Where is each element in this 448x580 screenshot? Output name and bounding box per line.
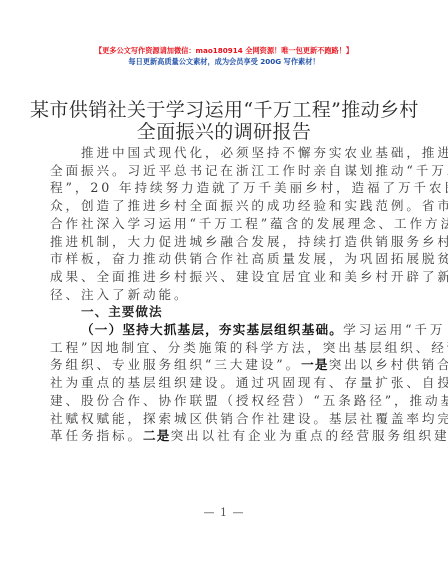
point-label: 二是 bbox=[143, 428, 171, 443]
promo-banner-line2: 每日更新高质量公文素材，成为会员享受 200G 写作素材！ bbox=[0, 57, 448, 67]
paragraph-text: 突出以乡村供销合作 bbox=[329, 357, 448, 372]
paragraph-line: 成果、全面推进乡村振兴、建设宜居宜业和美乡村开辟了新路 bbox=[50, 268, 448, 286]
paragraph-line: 程”，20 年持续努力造就了万千美丽乡村，造福了万千农民群 bbox=[50, 179, 448, 197]
paragraph-line: 合作社深入学习运用“千万工程”蕴含的发展理念、工作方法和 bbox=[50, 215, 448, 233]
paragraph-line: 推进机制，大力促进城乡融合发展，持续打造供销服务乡村振兴 bbox=[50, 233, 448, 251]
paragraph-text: 务组织、专业服务组织“三大建设”。 bbox=[50, 357, 301, 372]
section-heading: 一、主要做法 bbox=[50, 303, 163, 321]
subsection-heading: （一）坚持大抓基层，夯实基层组织基础。 bbox=[81, 322, 343, 337]
paragraph-line: 务组织、专业服务组织“三大建设”。一是突出以乡村供销合作 bbox=[50, 356, 448, 374]
paragraph-line: 社赋权赋能，探索城区供销合作社建设。基层社覆盖率均完成改 bbox=[50, 410, 448, 428]
promo-banner-line1: 【更多公文写作资源请加微信：mao180914 全网资源！唯一包更新不跑路！】 bbox=[0, 46, 448, 56]
paragraph-text: 革任务指标。 bbox=[50, 428, 143, 443]
paragraph-line: 全面振兴。习近平总书记在浙江工作时亲自谋划推动“千万工 bbox=[50, 162, 448, 180]
document-title-line1: 某市供销社关于学习运用“千万工程”推动乡村 bbox=[30, 99, 418, 121]
subsection-text: 学习运用“千万 bbox=[343, 322, 445, 337]
paragraph-line: 径、注入了新动能。 bbox=[50, 286, 189, 304]
paragraph-line: 革任务指标。二是突出以社有企业为重点的经营服务组织建设。 bbox=[50, 427, 448, 445]
point-label: 一是 bbox=[301, 357, 329, 372]
paragraph-line: 市样板，奋力推动供销合作社高质量发展，为巩固拓展脱贫攻坚 bbox=[50, 250, 448, 268]
paragraph-line: 建、股份合作、协作联盟（授权经营）“五条路径”，推动基层 bbox=[50, 392, 448, 410]
document-title-line2: 全面振兴的调研报告 bbox=[30, 121, 418, 143]
paragraph-line: 社为重点的基层组织建设。通过巩固现有、存量扩张、自投新 bbox=[50, 374, 448, 392]
page-number: — 1 — bbox=[0, 506, 448, 519]
paragraph-line: 工程”因地制宜、分类施策的科学方法，突出基层组织、经营服 bbox=[50, 339, 448, 357]
document-page: 【更多公文写作资源请加微信：mao180914 全网资源！唯一包更新不跑路！】 … bbox=[0, 0, 448, 580]
paragraph-line: 推进中国式现代化，必须坚持不懈夯实农业基础，推进乡村 bbox=[50, 144, 448, 162]
subsection-first-line: （一）坚持大抓基层，夯实基层组织基础。学习运用“千万 bbox=[50, 321, 445, 339]
paragraph-line: 众，创造了推进乡村全面振兴的成功经验和实践范例。省市供销 bbox=[50, 197, 448, 215]
paragraph-text: 突出以社有企业为重点的经营服务组织建设。 bbox=[171, 428, 448, 443]
